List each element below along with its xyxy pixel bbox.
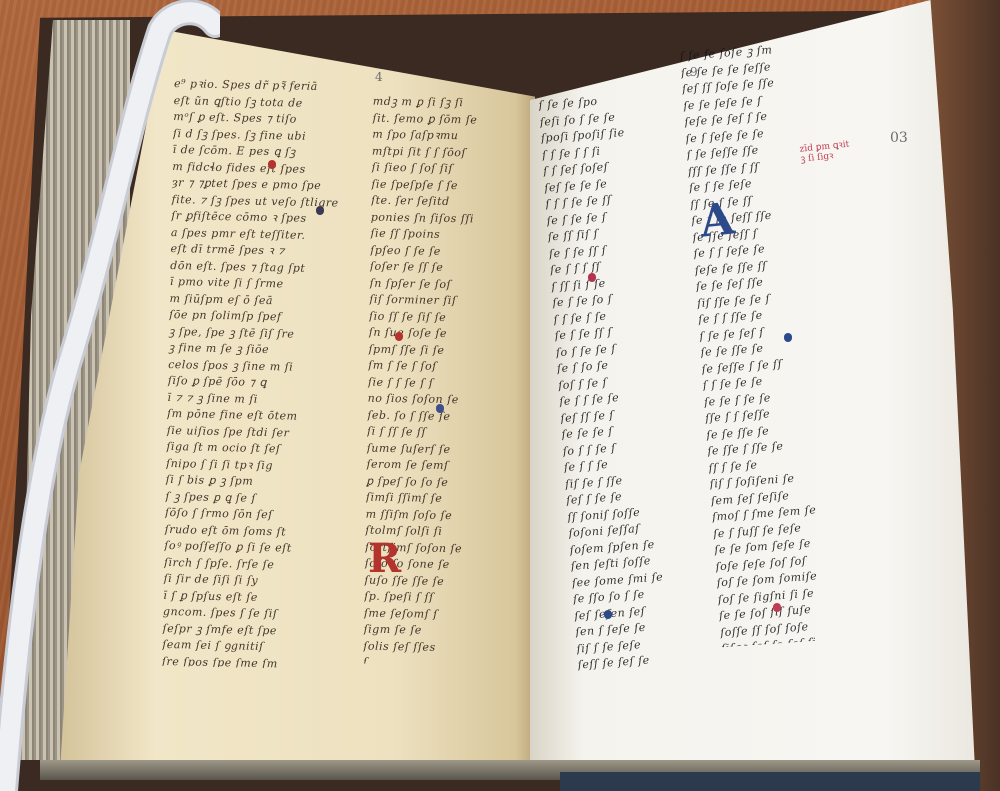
left-folio-mark: 4 [375, 70, 383, 84]
blue-cover-strip [560, 772, 980, 791]
blue-rubric-mark [784, 333, 792, 342]
blue-rubric-mark [436, 404, 444, 413]
red-rubric-mark [588, 273, 596, 282]
blue-illuminated-initial: A [697, 193, 736, 247]
dark-rubric-mark [316, 206, 324, 215]
left-page-column-1: e⁹ pꝛio. Spes dr̃ pꝛ̃ feriāeſt ũn ꝗſtio … [162, 76, 369, 670]
blue-rubric-mark [604, 610, 612, 619]
red-rubric-mark [395, 332, 403, 341]
red-rubric-mark [773, 603, 781, 612]
right-page-column-2: ſ ſe ſe ſoſe ꝫ ſmſe ſe ſe ſe ſeſſeſeſ ſſ… [679, 33, 950, 648]
red-illuminated-initial: R [368, 535, 401, 582]
red-rubric-mark [268, 160, 276, 169]
